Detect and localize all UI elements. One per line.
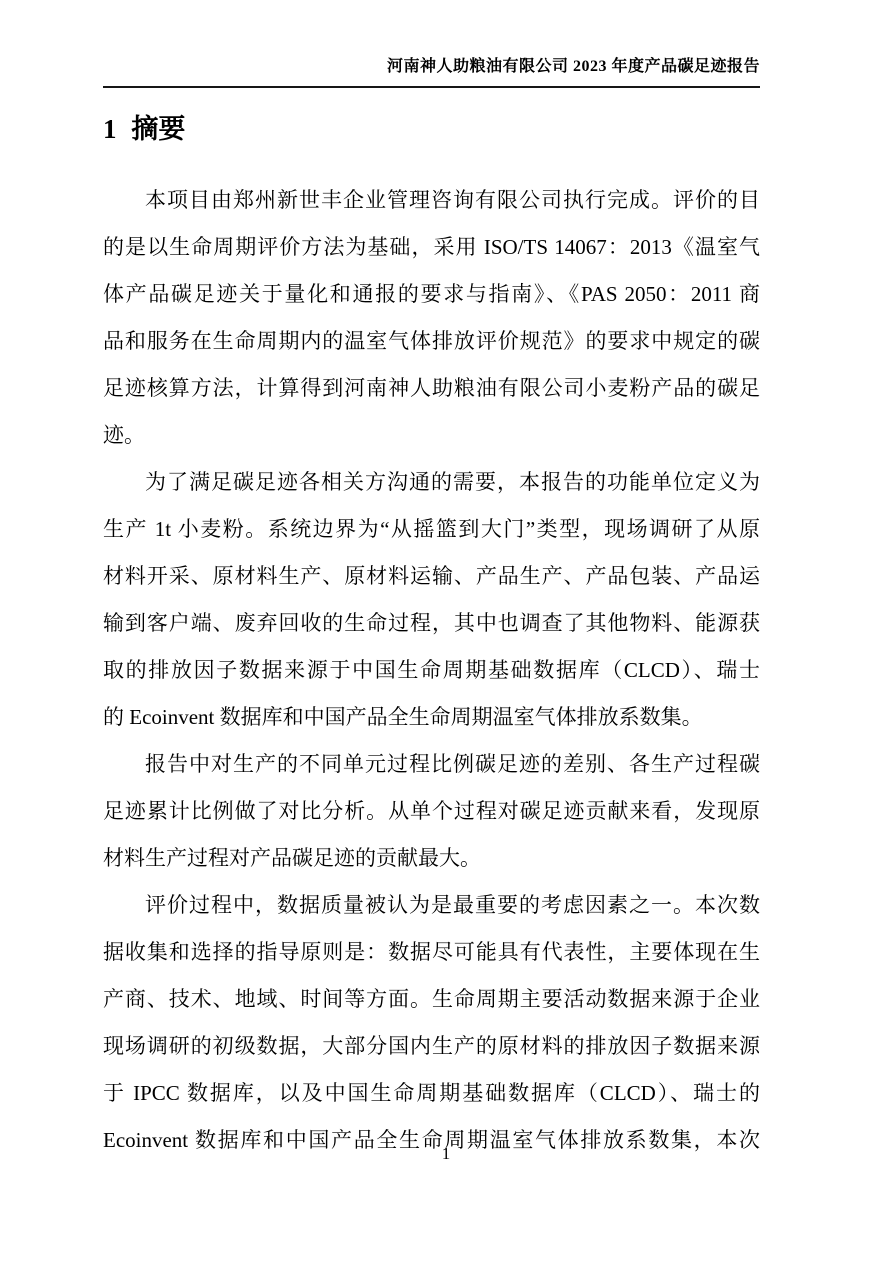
report-page: 河南神人助粮油有限公司 2023 年度产品碳足迹报告 1摘要 本项目由郑州新世丰…: [0, 0, 892, 1262]
text-line: 产商、技术、地域、时间等方面。生命周期主要活动数据来源于企业: [103, 976, 760, 1023]
text-line: 体产品碳足迹关于量化和通报的要求与指南》、《PAS 2050：2011 商: [103, 271, 760, 318]
text-line: 的是以生命周期评价方法为基础，采用 ISO/TS 14067：2013《温室气: [103, 224, 760, 271]
text-line: 品和服务在生命周期内的温室气体排放评价规范》的要求中规定的碳: [103, 318, 760, 365]
text-line: 输到客户端、废弃回收的生命过程，其中也调查了其他物料、能源获: [103, 600, 760, 647]
page-content: 河南神人助粮油有限公司 2023 年度产品碳足迹报告 1摘要 本项目由郑州新世丰…: [103, 0, 760, 1164]
section-number: 1: [103, 114, 117, 144]
text-line: 于 IPCC 数据库，以及中国生命周期基础数据库（CLCD）、瑞士的: [103, 1070, 760, 1117]
text-line: 迹。: [103, 412, 760, 459]
page-number: 1: [0, 1141, 892, 1167]
text-line: 本项目由郑州新世丰企业管理咨询有限公司执行完成。评价的目: [103, 177, 760, 224]
text-line: 取的排放因子数据来源于中国生命周期基础数据库（CLCD）、瑞士: [103, 647, 760, 694]
section-heading: 1摘要: [103, 112, 760, 146]
text-line: 生产 1t 小麦粉。系统边界为“从摇篮到大门”类型，现场调研了从原: [103, 506, 760, 553]
text-line: 现场调研的初级数据，大部分国内生产的原材料的排放因子数据来源: [103, 1023, 760, 1070]
text-line: 材料开采、原材料生产、原材料运输、产品生产、产品包装、产品运: [103, 553, 760, 600]
running-header: 河南神人助粮油有限公司 2023 年度产品碳足迹报告: [103, 0, 760, 88]
text-line: 的 Ecoinvent 数据库和中国产品全生命周期温室气体排放系数集。: [103, 694, 760, 741]
running-header-text: 河南神人助粮油有限公司 2023 年度产品碳足迹报告: [387, 58, 760, 75]
text-line: 据收集和选择的指导原则是：数据尽可能具有代表性，主要体现在生: [103, 929, 760, 976]
paragraph-2: 为了满足碳足迹各相关方沟通的需要，本报告的功能单位定义为 生产 1t 小麦粉。系…: [103, 459, 760, 741]
paragraph-3: 报告中对生产的不同单元过程比例碳足迹的差别、各生产过程碳 足迹累计比例做了对比分…: [103, 741, 760, 882]
text-line: 足迹累计比例做了对比分析。从单个过程对碳足迹贡献来看，发现原: [103, 788, 760, 835]
paragraph-4: 评价过程中，数据质量被认为是最重要的考虑因素之一。本次数 据收集和选择的指导原则…: [103, 882, 760, 1164]
text-line: 足迹核算方法，计算得到河南神人助粮油有限公司小麦粉产品的碳足: [103, 365, 760, 412]
section-title: 摘要: [131, 114, 185, 144]
text-line: 为了满足碳足迹各相关方沟通的需要，本报告的功能单位定义为: [103, 459, 760, 506]
body-text: 本项目由郑州新世丰企业管理咨询有限公司执行完成。评价的目 的是以生命周期评价方法…: [103, 177, 760, 1164]
text-line: 材料生产过程对产品碳足迹的贡献最大。: [103, 835, 760, 882]
text-line: 报告中对生产的不同单元过程比例碳足迹的差别、各生产过程碳: [103, 741, 760, 788]
paragraph-1: 本项目由郑州新世丰企业管理咨询有限公司执行完成。评价的目 的是以生命周期评价方法…: [103, 177, 760, 459]
text-line: 评价过程中，数据质量被认为是最重要的考虑因素之一。本次数: [103, 882, 760, 929]
